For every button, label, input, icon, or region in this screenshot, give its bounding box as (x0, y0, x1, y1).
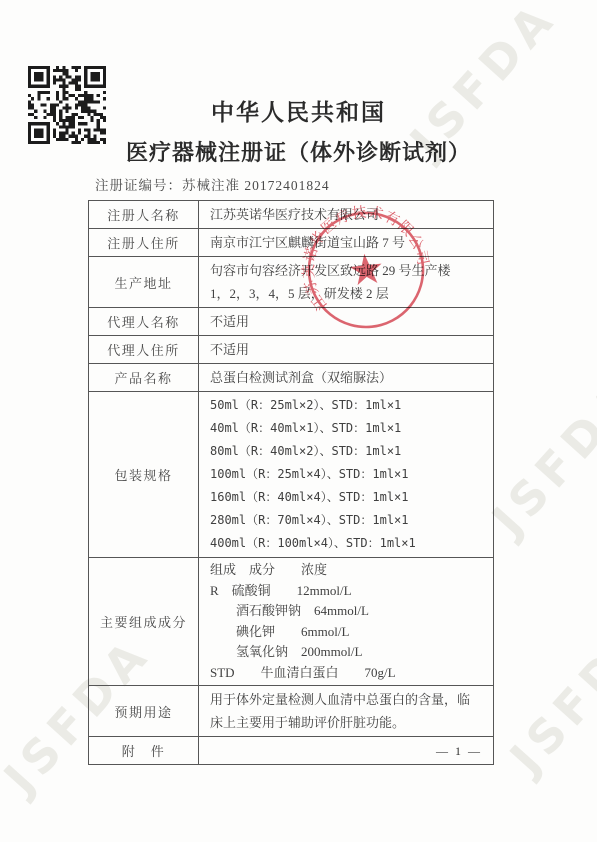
row-label: 主要组成成分 (89, 558, 199, 686)
title-country: 中华人民共和国 (0, 94, 597, 127)
row-label: 生产地址 (89, 257, 199, 308)
certificate-number-value: 苏械注准 20172401824 (182, 178, 330, 193)
table-row: 产品名称总蛋白检测试剂盒（双缩脲法） (89, 364, 494, 392)
table-row: 注册人住所南京市江宁区麒麟街道宝山路 7 号 (89, 229, 494, 257)
value-line: R 硫酸铜 12mmol/L (210, 581, 487, 602)
table-row: 包装规格50ml（R：25ml×2）、STD：1ml×140ml（R：40ml×… (89, 392, 494, 558)
value-line: 400ml（R：100ml×4）、STD：1ml×1 (210, 532, 487, 555)
row-label: 代理人名称 (89, 308, 199, 336)
table-row: 注册人名称江苏英诺华医疗技术有限公司 (89, 201, 494, 229)
value-line: 40ml（R：40ml×1）、STD：1ml×1 (210, 417, 487, 440)
value-line: 50ml（R：25ml×2）、STD：1ml×1 (210, 394, 487, 417)
certificate-table-body: 注册人名称江苏英诺华医疗技术有限公司注册人住所南京市江宁区麒麟街道宝山路 7 号… (89, 201, 494, 765)
value-line: 不适用 (210, 338, 487, 361)
row-label: 代理人住所 (89, 336, 199, 364)
row-value: 不适用 (199, 308, 494, 336)
value-line: 床上主要用于辅助评价肝脏功能。 (210, 711, 487, 734)
row-value: 组成 成分 浓度R 硫酸铜 12mmol/L 酒石酸钾钠 64mmol/L 碘化… (199, 558, 494, 686)
value-line: 1，2，3，4，5 层，研发楼 2 层 (210, 282, 487, 305)
table-row: 生产地址句容市句容经济开发区致远路 29 号生产楼1，2，3，4，5 层，研发楼… (89, 257, 494, 308)
certificate-page: JSFDA JSFDA JSFDA JSFDA 中华人民共和国 医疗器械注册证（… (0, 0, 597, 842)
table-row: 主要组成成分组成 成分 浓度R 硫酸铜 12mmol/L 酒石酸钾钠 64mmo… (89, 558, 494, 686)
value-line: 160ml（R：40ml×4）、STD：1ml×1 (210, 486, 487, 509)
page-number: — 1 — (436, 744, 482, 759)
value-line: 氢氧化钠 200mmol/L (210, 642, 487, 663)
value-line: 南京市江宁区麒麟街道宝山路 7 号 (210, 231, 487, 254)
value-line: 组成 成分 浓度 (210, 560, 487, 581)
row-value: 用于体外定量检测人血清中总蛋白的含量，临床上主要用于辅助评价肝脏功能。 (199, 686, 494, 737)
row-value: 江苏英诺华医疗技术有限公司 (199, 201, 494, 229)
value-line: 酒石酸钾钠 64mmol/L (210, 601, 487, 622)
value-line: 句容市句容经济开发区致远路 29 号生产楼 (210, 259, 487, 282)
table-row: 附 件 (89, 737, 494, 765)
row-label: 注册人住所 (89, 229, 199, 257)
certificate-table: 注册人名称江苏英诺华医疗技术有限公司注册人住所南京市江宁区麒麟街道宝山路 7 号… (88, 200, 494, 765)
row-label: 预期用途 (89, 686, 199, 737)
jsfda-watermark: JSFDA (499, 606, 597, 784)
certificate-number-label: 注册证编号： (95, 178, 182, 193)
row-value: 总蛋白检测试剂盒（双缩脲法） (199, 364, 494, 392)
row-value: 南京市江宁区麒麟街道宝山路 7 号 (199, 229, 494, 257)
table-row: 预期用途用于体外定量检测人血清中总蛋白的含量，临床上主要用于辅助评价肝脏功能。 (89, 686, 494, 737)
row-value: 不适用 (199, 336, 494, 364)
row-value: 50ml（R：25ml×2）、STD：1ml×140ml（R：40ml×1）、S… (199, 392, 494, 558)
value-line: STD 牛血清白蛋白 70g/L (210, 663, 487, 684)
value-line: 江苏英诺华医疗技术有限公司 (210, 203, 487, 226)
value-line: 不适用 (210, 310, 487, 333)
row-label: 注册人名称 (89, 201, 199, 229)
table-row: 代理人住所不适用 (89, 336, 494, 364)
table-row: 代理人名称不适用 (89, 308, 494, 336)
certificate-number-line: 注册证编号：苏械注准 20172401824 (95, 174, 330, 194)
value-line: 碘化钾 6mmol/L (210, 622, 487, 643)
jsfda-watermark: JSFDA (481, 368, 597, 546)
value-line: 总蛋白检测试剂盒（双缩脲法） (210, 366, 487, 389)
row-label: 包装规格 (89, 392, 199, 558)
row-label: 附 件 (89, 737, 199, 765)
row-label: 产品名称 (89, 364, 199, 392)
value-line: 用于体外定量检测人血清中总蛋白的含量，临 (210, 688, 487, 711)
value-line: 80ml（R：40ml×2）、STD：1ml×1 (210, 440, 487, 463)
row-value: 句容市句容经济开发区致远路 29 号生产楼1，2，3，4，5 层，研发楼 2 层 (199, 257, 494, 308)
value-line: 100ml（R：25ml×4）、STD：1ml×1 (210, 463, 487, 486)
document-title: 中华人民共和国 医疗器械注册证（体外诊断试剂） (0, 94, 597, 167)
value-line: 280ml（R：70ml×4）、STD：1ml×1 (210, 509, 487, 532)
title-certificate-type: 医疗器械注册证（体外诊断试剂） (0, 136, 597, 167)
